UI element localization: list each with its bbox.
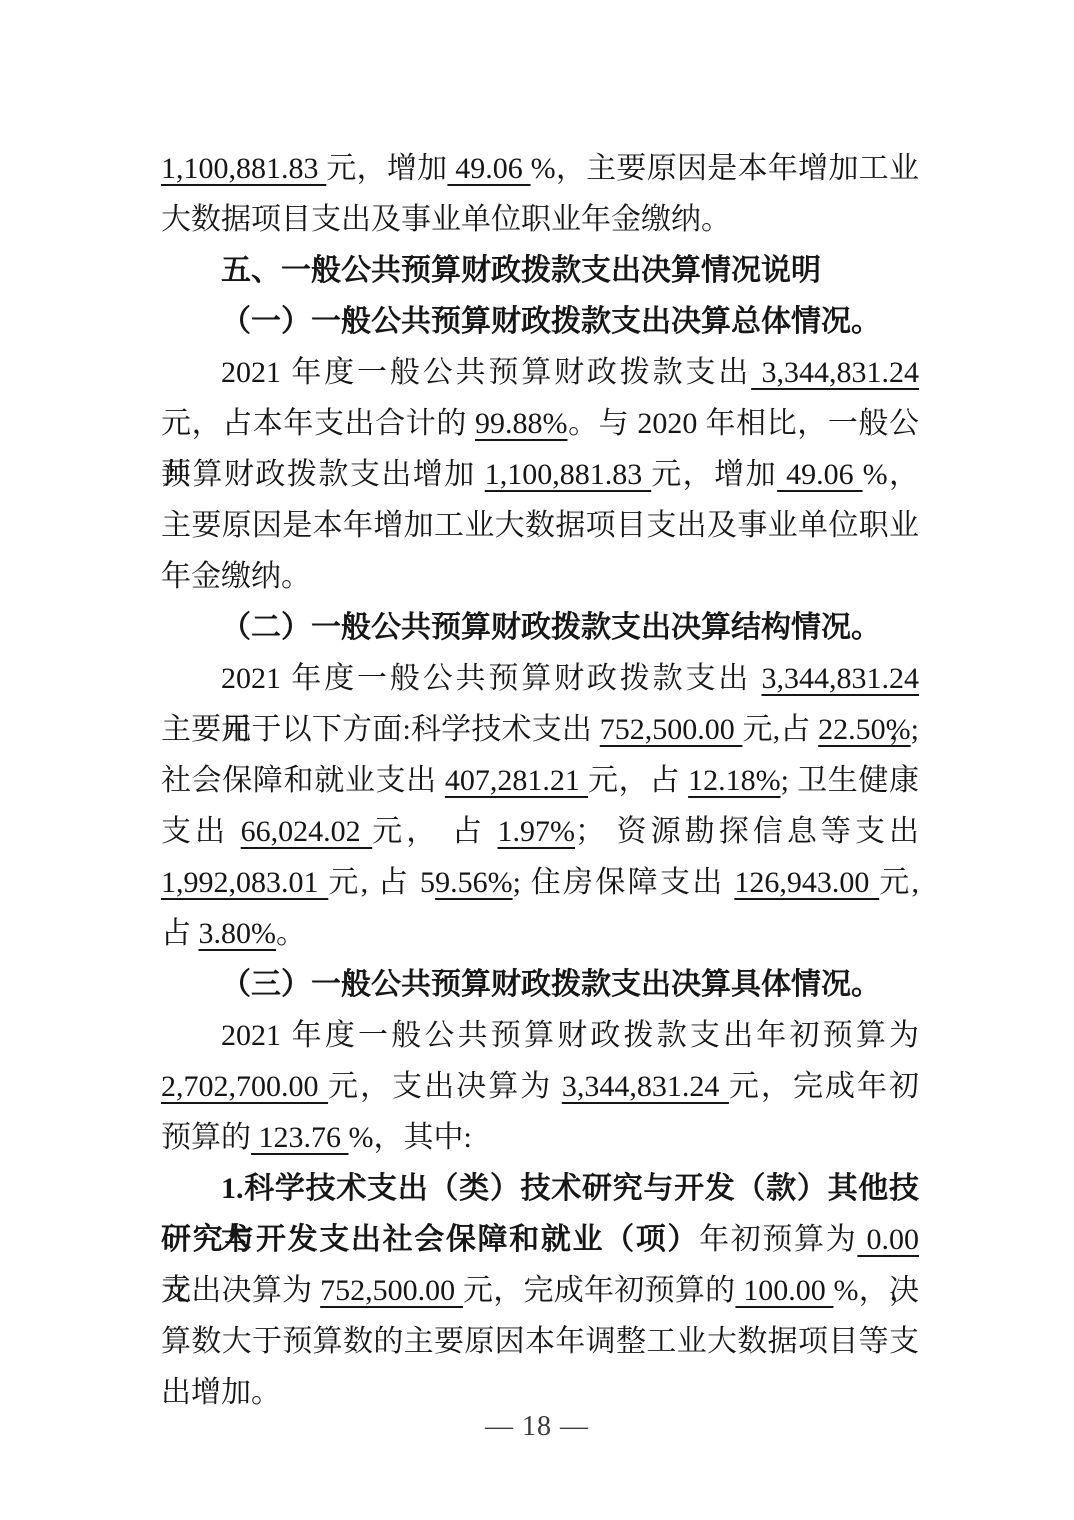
text-line: 2021 年度一般公共预算财政拨款支出年初预算为 xyxy=(161,1010,919,1061)
text-segment: 五、一般公共预算财政拨款支出决算情况说明 xyxy=(221,254,821,287)
text-segment: 2021 年度一般公共预算财政拨款支出 xyxy=(221,662,762,695)
text-segment: 元，完成年初 xyxy=(729,1070,919,1103)
underlined-value: 752,500.00 xyxy=(320,1274,463,1307)
underlined-value: 1,100,881.83 xyxy=(161,152,326,185)
text-segment: 元, xyxy=(879,866,919,899)
text-segment: 年初预算为 xyxy=(699,1223,857,1256)
underlined-value: 3,344,831.24 xyxy=(762,662,920,695)
heading-line: （三）一般公共预算财政拨款支出决算具体情况。 xyxy=(161,959,919,1010)
underlined-value: 123.76 xyxy=(251,1121,349,1154)
text-segment: 2021 年度一般公共预算财政拨款支出年初预算为 xyxy=(221,1019,919,1052)
text-line: 大数据项目支出及事业单位职业年金缴纳。 xyxy=(161,194,919,245)
underlined-value: 1,992,083.01 xyxy=(161,866,328,899)
text-segment: （三）一般公共预算财政拨款支出决算具体情况。 xyxy=(221,968,881,1001)
underlined-value: 407,281.21 xyxy=(445,764,588,797)
underlined-value: 3,344,831.24 xyxy=(562,1070,729,1103)
text-line: 算数大于预算数的主要原因本年调整工业大数据项目等支 xyxy=(161,1316,919,1367)
underlined-value: 0.00 xyxy=(857,1223,919,1256)
text-line: 1,992,083.01 元, 占 59.56%; 住房保障支出 126,943… xyxy=(161,857,919,908)
text-line: 2,702,700.00 元，支出决算为 3,344,831.24 元，完成年初 xyxy=(161,1061,919,1112)
text-segment: ; 卫生健康 xyxy=(781,764,919,797)
text-line: 预算的 123.76 %，其中: xyxy=(161,1112,919,1163)
text-line: 研究与开发支出社会保障和就业（项）年初预算为 0.00 元， xyxy=(161,1214,919,1265)
text-segment: 年金缴纳。 xyxy=(161,560,311,593)
underlined-value: 752,500.00 xyxy=(600,713,743,746)
text-segment: 元，占 xyxy=(588,764,688,797)
text-segment: 元，增加 xyxy=(651,458,777,491)
underlined-value: 49.06 xyxy=(777,458,862,491)
text-segment: 元, 占 5 xyxy=(328,866,435,899)
text-line: 社会保障和就业支出 407,281.21 元，占 12.18%; 卫生健康 xyxy=(161,755,919,806)
text-segment: 元，增加 xyxy=(326,152,447,185)
text-segment: 预算财政拨款支出增加 xyxy=(161,458,485,491)
text-segment: %， xyxy=(863,458,919,491)
underlined-value: 9.56% xyxy=(435,866,513,899)
text-segment: 出增加。 xyxy=(161,1376,281,1409)
underlined-value: 100.00 xyxy=(735,1274,833,1307)
text-line: 2021 年度一般公共预算财政拨款支出 3,344,831.24 元， xyxy=(161,653,919,704)
text-segment: 元，完成年初预算的 xyxy=(463,1274,735,1307)
text-line: 占 3.80%。 xyxy=(161,908,919,959)
text-segment: 支出 xyxy=(161,815,241,848)
text-line: 1,100,881.83 元，增加 49.06 %，主要原因是本年增加工业 xyxy=(161,143,919,194)
underlined-value: 99.88% xyxy=(475,407,568,440)
text-segment: 元,占 xyxy=(742,713,818,746)
text-segment: ; xyxy=(911,713,919,746)
document-page: 1,100,881.83 元，增加 49.06 %，主要原因是本年增加工业大数据… xyxy=(0,0,1074,1520)
text-segment: 元，支出决算为 xyxy=(328,1070,562,1103)
text-segment: 支出决算为 xyxy=(161,1274,320,1307)
text-segment: 2021 年度一般公共预算财政拨款支出 xyxy=(221,356,751,389)
underlined-value: 3,344,831.24 xyxy=(751,356,919,389)
text-segment: %，主要原因是本年增加工业 xyxy=(531,152,919,185)
text-segment: ; 住房保障支出 xyxy=(513,866,735,899)
underlined-value: 1.97% xyxy=(498,815,576,848)
underlined-value: 3.80% xyxy=(199,917,277,950)
heading-line: 五、一般公共预算财政拨款支出决算情况说明 xyxy=(161,245,919,296)
text-line: 元，占本年支出合计的 99.88%。与 2020 年相比，一般公共 xyxy=(161,398,919,449)
text-line: 年金缴纳。 xyxy=(161,551,919,602)
text-segment: 大数据项目支出及事业单位职业年金缴纳。 xyxy=(161,203,731,236)
text-line: 主要用于以下方面:科学技术支出 752,500.00 元,占 22.50%; xyxy=(161,704,919,755)
heading-line: 1.科学技术支出（类）技术研究与开发（款）其他技术 xyxy=(161,1163,919,1214)
text-line: 2021 年度一般公共预算财政拨款支出 3,344,831.24 xyxy=(161,347,919,398)
text-line: 预算财政拨款支出增加 1,100,881.83 元，增加 49.06 %， xyxy=(161,449,919,500)
text-segment: %，其中: xyxy=(349,1121,472,1154)
text-line: 主要原因是本年增加工业大数据项目支出及事业单位职业 xyxy=(161,500,919,551)
text-segment: （二）一般公共预算财政拨款支出决算结构情况。 xyxy=(221,611,881,644)
underlined-value: 49.06 xyxy=(447,152,530,185)
document-body: 1,100,881.83 元，增加 49.06 %，主要原因是本年增加工业大数据… xyxy=(161,143,919,1418)
text-line: 支出 66,024.02 元， 占 1.97%； 资源勘探信息等支出 xyxy=(161,806,919,857)
underlined-value: 12.18% xyxy=(688,764,781,797)
text-segment: 占 xyxy=(161,917,199,950)
text-segment: 。 xyxy=(276,917,306,950)
text-segment: 研究与开发支出社会保障和就业（项） xyxy=(161,1223,699,1256)
heading-line: （二）一般公共预算财政拨款支出决算结构情况。 xyxy=(161,602,919,653)
page-footer: — 18 — xyxy=(0,1410,1074,1444)
underlined-value: 126,943.00 xyxy=(734,866,879,899)
heading-line: （一）一般公共预算财政拨款支出决算总体情况。 xyxy=(161,296,919,347)
text-segment: 预算的 xyxy=(161,1121,251,1154)
text-segment: 元，占本年支出合计的 xyxy=(161,407,475,440)
text-segment: 元， 占 xyxy=(372,815,497,848)
text-segment: 社会保障和就业支出 xyxy=(161,764,445,797)
underlined-value: 2,702,700.00 xyxy=(161,1070,328,1103)
text-segment: 算数大于预算数的主要原因本年调整工业大数据项目等支 xyxy=(161,1325,919,1358)
text-segment: 主要用于以下方面:科学技术支出 xyxy=(161,713,600,746)
underlined-value: 1,100,881.83 xyxy=(485,458,651,491)
text-segment: 主要原因是本年增加工业大数据项目支出及事业单位职业 xyxy=(161,509,919,542)
text-segment: （一）一般公共预算财政拨款支出决算总体情况。 xyxy=(221,305,881,338)
page-number: — 18 — xyxy=(485,1411,589,1442)
underlined-value: 22.50% xyxy=(818,713,911,746)
text-line: 支出决算为 752,500.00 元，完成年初预算的 100.00 %，决 xyxy=(161,1265,919,1316)
underlined-value: 66,024.02 xyxy=(241,815,373,848)
text-segment: ； 资源勘探信息等支出 xyxy=(575,815,919,848)
text-segment: %，决 xyxy=(833,1274,919,1307)
